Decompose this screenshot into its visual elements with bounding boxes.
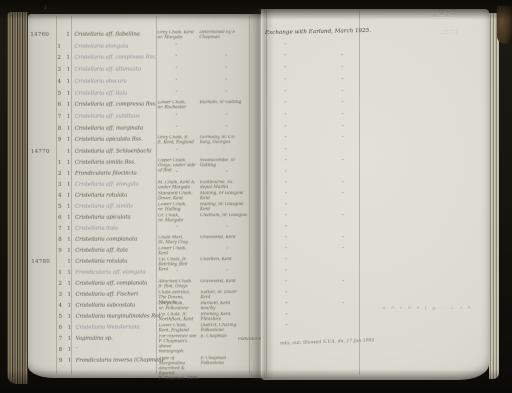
horizon-note: Attached Chalk fr. flint, Grays <box>158 280 199 290</box>
locality-note: Burham, Kent nearby <box>200 302 252 312</box>
ditto-mark: ″ <box>285 136 287 142</box>
horizon-note: ″ <box>176 90 178 96</box>
item-seq: 5 <box>58 204 62 210</box>
species-name: Cristellaria rotulata <box>75 259 127 265</box>
species-name: Cristellaria obscura <box>74 78 126 84</box>
reg-number: 14760 <box>30 32 49 38</box>
ditto-mark: ″ <box>285 280 287 286</box>
horizon-note: ″ <box>175 66 177 72</box>
item-count: 1 <box>67 114 71 120</box>
item-seq: 9 <box>58 248 62 254</box>
locality-note: Burham, nr Gatting <box>200 101 252 106</box>
item-count: 1 <box>66 55 70 61</box>
horizon-note: Gr. Chalk, nr. Margate <box>158 214 199 224</box>
ditto-mark: ″ <box>285 258 287 264</box>
horizon-note: Lower Chalk, nr. Halling <box>158 203 199 213</box>
ditto-mark: ″ <box>342 124 344 130</box>
horizon-note: ″ <box>176 125 178 131</box>
ditto-mark: ″ <box>285 181 287 187</box>
item-count: 1 <box>68 325 72 331</box>
item-count: 1 <box>67 226 71 232</box>
item-seq: 2 <box>58 281 62 287</box>
item-count: 1 <box>67 215 71 221</box>
ditto-mark: ″ <box>285 302 287 308</box>
locality-note: ″ <box>225 55 227 61</box>
ditto-mark: ″ <box>285 236 287 242</box>
horizon-note: ″ <box>175 55 177 61</box>
locality-note: Gravesend, Kent <box>200 236 252 241</box>
horizon-note: For reference see F. Chapman's above mon… <box>159 335 200 355</box>
item-seq: 9 <box>58 137 62 143</box>
reg-number: 14770 <box>31 149 50 155</box>
species-name: Cristellaria similis Rss. <box>75 160 136 166</box>
ditto-mark: ″ <box>342 89 344 95</box>
ditto-mark: ″ <box>342 280 344 286</box>
horizon-note: ″ <box>176 148 178 154</box>
item-count: 1 <box>67 160 71 166</box>
species-name: Cristellaria aff. compressa Rss. <box>75 102 157 108</box>
item-count: 1 <box>66 79 70 85</box>
locality-note: Malling, nr Glasgow Kent <box>200 192 252 202</box>
ditto-mark: ″ <box>286 313 288 319</box>
ledger-rows: 147601Cristellaria aff. flabellinaGrey C… <box>0 0 512 393</box>
species-name: Cristellaria apiculata Rss. <box>75 137 143 143</box>
reg-number: 14780 <box>31 259 50 265</box>
horizon-note: Grey Chalk, B. E. Kent, England <box>158 137 199 147</box>
item-count: 1 <box>67 193 71 199</box>
item-seq: 7 <box>59 336 63 342</box>
item-seq: 7 <box>58 114 62 120</box>
locality-note: Swanscombe, nr Gatting <box>200 159 252 169</box>
locality-note: ″ <box>226 247 228 253</box>
item-count: 1 <box>67 102 71 108</box>
horizon-note: ″ <box>176 269 178 275</box>
ditto-mark: ″ <box>285 170 287 176</box>
locality-note: District, Charing Folkestone <box>201 324 253 334</box>
ditto-mark: ″ <box>341 77 343 83</box>
species-name: Cristellaria subcostata <box>75 303 135 309</box>
horizon-note: ″ <box>175 43 177 49</box>
locality-note: E. Chapman <box>201 335 253 340</box>
species-name: Cristellaria aff. Schloenbachi <box>75 148 152 154</box>
locality-note: Sutton, nr. Dover Kent <box>200 291 252 301</box>
locality-note: Chatham, nr. Glasgow <box>200 214 252 219</box>
item-count: 1 <box>67 259 71 265</box>
species-name: Cristellaria rotulata <box>75 193 127 199</box>
species-name: Frondicularia aff. elongata <box>75 269 145 275</box>
horizon-note: ″ <box>176 113 178 119</box>
species-name: Cristellaria Websteriana <box>76 325 140 331</box>
species-name: Cristellaria aff. compressa Rss. <box>74 55 156 61</box>
item-seq: 4 <box>58 193 62 199</box>
horizon-note: M. Chalk, Kent & under Margate <box>158 181 199 191</box>
item-seq: 3 <box>58 182 62 188</box>
item-seq: 7 <box>58 226 62 232</box>
item-seq: 5 <box>58 90 62 96</box>
horizon-note: ″ <box>176 225 178 231</box>
ditto-mark: ″ <box>342 214 344 220</box>
ditto-mark: ″ <box>285 124 287 130</box>
species-name: Cristellaria apiculata <box>75 215 130 221</box>
species-name: Vaginulina sp. <box>76 336 113 342</box>
horizon-note: Chalk Marl, St. Mary Cray <box>158 236 199 246</box>
species-name: Frondicularia inversa (Chapman) <box>76 357 164 363</box>
item-seq: 1 <box>58 160 62 166</box>
item-count: 1 <box>67 182 71 188</box>
item-seq: 2 <box>57 55 61 61</box>
ditto-mark: ″ <box>342 101 344 107</box>
ditto-mark: ″ <box>285 225 287 231</box>
ditto-mark: ″ <box>285 192 287 198</box>
locality-note: ″ <box>226 90 228 96</box>
item-count: 1 <box>68 347 72 353</box>
item-seq: 2 <box>58 171 62 177</box>
ditto-mark: ″ <box>342 159 344 165</box>
item-seq: 1 <box>58 270 62 276</box>
item-count: 1 <box>67 149 71 155</box>
horizon-note: Lower Chalk, nr. Rochester <box>158 101 199 111</box>
ditto-mark: ″ <box>342 181 344 187</box>
species-name: Cristellaria aff. marginata <box>75 125 143 131</box>
ditto-mark: ″ <box>342 247 344 253</box>
item-count: 1 <box>67 292 71 298</box>
ditto-mark: ″ <box>284 66 286 72</box>
species-name: Cristellaria aff. itala <box>75 248 128 254</box>
locality-note: Germany, nr. Co- burg, Georges <box>200 136 252 146</box>
item-seq: 1 <box>57 44 61 50</box>
horizon-note: Standard Chalk, Dover, Kent <box>158 192 199 202</box>
item-count: 1 <box>67 303 71 309</box>
species-name: Cristellaria aff. attenuata <box>74 67 140 73</box>
locality-note: ″ <box>226 170 228 176</box>
item-seq: 8 <box>58 125 62 131</box>
ditto-mark: ″ <box>284 78 286 84</box>
ditto-mark: ″ <box>342 136 344 142</box>
species-name: Cristellaria aff. complanata <box>75 280 147 286</box>
horizon-note: Up. Chalk, fr. Northfleet, Kent <box>159 313 200 323</box>
species-name: Cristellaria aff. itala <box>75 90 128 96</box>
species-name: Cristellaria elongata <box>74 43 128 49</box>
horizon-note: Grey Chalk, Kent nr. Margate <box>157 31 198 41</box>
ditto-mark: ″ <box>285 89 287 95</box>
species-name: Cristellaria aff. sublituus <box>75 113 140 119</box>
item-seq: 4 <box>58 303 62 309</box>
item-seq: 8 <box>59 347 63 353</box>
item-seq: 6 <box>58 215 62 221</box>
item-seq: 3 <box>57 67 61 73</box>
ditto-mark: ″ <box>342 113 344 119</box>
ditto-mark: ″ <box>285 291 287 297</box>
ditto-mark: ″ <box>286 324 288 330</box>
ditto-mark: ″ <box>285 101 287 107</box>
ditto-mark: ″ <box>342 302 344 308</box>
item-count: 1 <box>67 90 71 96</box>
item-count: 1 <box>66 32 70 38</box>
locality-note: Halling, nr. Glasgow Kent <box>200 203 252 213</box>
species-name: Frondicularia filocincta <box>75 171 137 177</box>
item-count: 1 <box>67 281 71 287</box>
species-name: Cristellaria aff. flabellina <box>74 32 140 38</box>
item-seq: 8 <box>58 237 62 243</box>
item-count: 1 <box>68 314 72 320</box>
ditto-mark: ″ <box>284 54 286 60</box>
locality-note: F. Chapman Folkestone <box>201 357 253 367</box>
item-seq: 9 <box>59 358 63 364</box>
species-name: ″ <box>76 347 78 353</box>
ditto-mark: ″ <box>341 66 343 72</box>
item-count: 1 <box>67 270 71 276</box>
locality-note: Gravesend, Kent <box>200 280 252 285</box>
item-count: 1 <box>66 67 70 73</box>
locality-note: ″ <box>226 113 228 119</box>
item-seq: 5 <box>59 314 63 320</box>
horizon-note: Upper Chalk, Grays, under side of flint <box>158 159 199 174</box>
locality-note: ″ <box>225 78 227 84</box>
ditto-mark: ″ <box>285 214 287 220</box>
ditto-mark: ″ <box>341 54 343 60</box>
species-name: Cristellaria itala <box>75 226 118 232</box>
item-count: 1 <box>67 237 71 243</box>
horizon-note: ″ <box>175 78 177 84</box>
species-name: Cristellaria aff. similis <box>75 204 133 210</box>
item-count: 1 <box>67 171 71 177</box>
locality-note: ″ <box>226 269 228 275</box>
ditto-mark: ″ <box>342 236 344 242</box>
item-seq: 6 <box>59 325 63 331</box>
locality-note: ″ <box>225 66 227 72</box>
locality-note: ″ <box>226 225 228 231</box>
item-seq: 4 <box>57 79 61 85</box>
horizon-note: ″ <box>176 170 178 176</box>
ditto-mark: ″ <box>342 192 344 198</box>
horizon-note: Lower Chalk, Kent, England <box>159 324 200 334</box>
horizon-note: Lower Chalk, Kent <box>158 247 199 257</box>
item-seq: 3 <box>58 292 62 298</box>
locality-note: Charlton, Kent <box>200 258 252 263</box>
locality-note: Determined by F. Chapman <box>199 31 251 41</box>
item-count: 1 <box>67 137 71 143</box>
ditto-mark: ″ <box>285 148 287 154</box>
horizon-note: Grey Chalk, nr. Folkestone <box>158 302 199 312</box>
locality-note: Bromley, Kent Flintshire <box>201 313 253 323</box>
item-seq: 6 <box>58 102 62 108</box>
ditto-mark: ″ <box>285 247 287 253</box>
species-name: Cristellaria aff. elongata <box>75 182 139 188</box>
item-count: 1 <box>68 336 72 342</box>
horizon-note: Up. Chalk, fr. Betchley, flint Kent <box>158 258 199 273</box>
ditto-mark: ″ <box>285 269 287 275</box>
locality-note: ″ <box>226 125 228 131</box>
ditto-mark: ″ <box>285 113 287 119</box>
species-name: Cristellaria aff. Fischeri <box>75 292 138 298</box>
item-count: 1 <box>67 248 71 254</box>
item-count: 1 <box>67 204 71 210</box>
horizon-note: Type of Marginulina described & figured,… <box>159 357 200 382</box>
register-book-photo: 1 1919 1671 Exchange with Earland, March… <box>0 0 512 393</box>
item-count: 1 <box>68 358 72 364</box>
locality-note: Eastbourne, Sx. depot Martin <box>200 181 252 191</box>
ditto-mark: ″ <box>285 203 287 209</box>
species-name: Cristellaria complanata <box>75 237 137 243</box>
ditto-mark: ″ <box>285 159 287 165</box>
species-name: Cristellaria marginulinoides Rss. <box>76 313 163 319</box>
item-count: 1 <box>67 125 71 131</box>
ditto-mark: ″ <box>284 43 286 49</box>
